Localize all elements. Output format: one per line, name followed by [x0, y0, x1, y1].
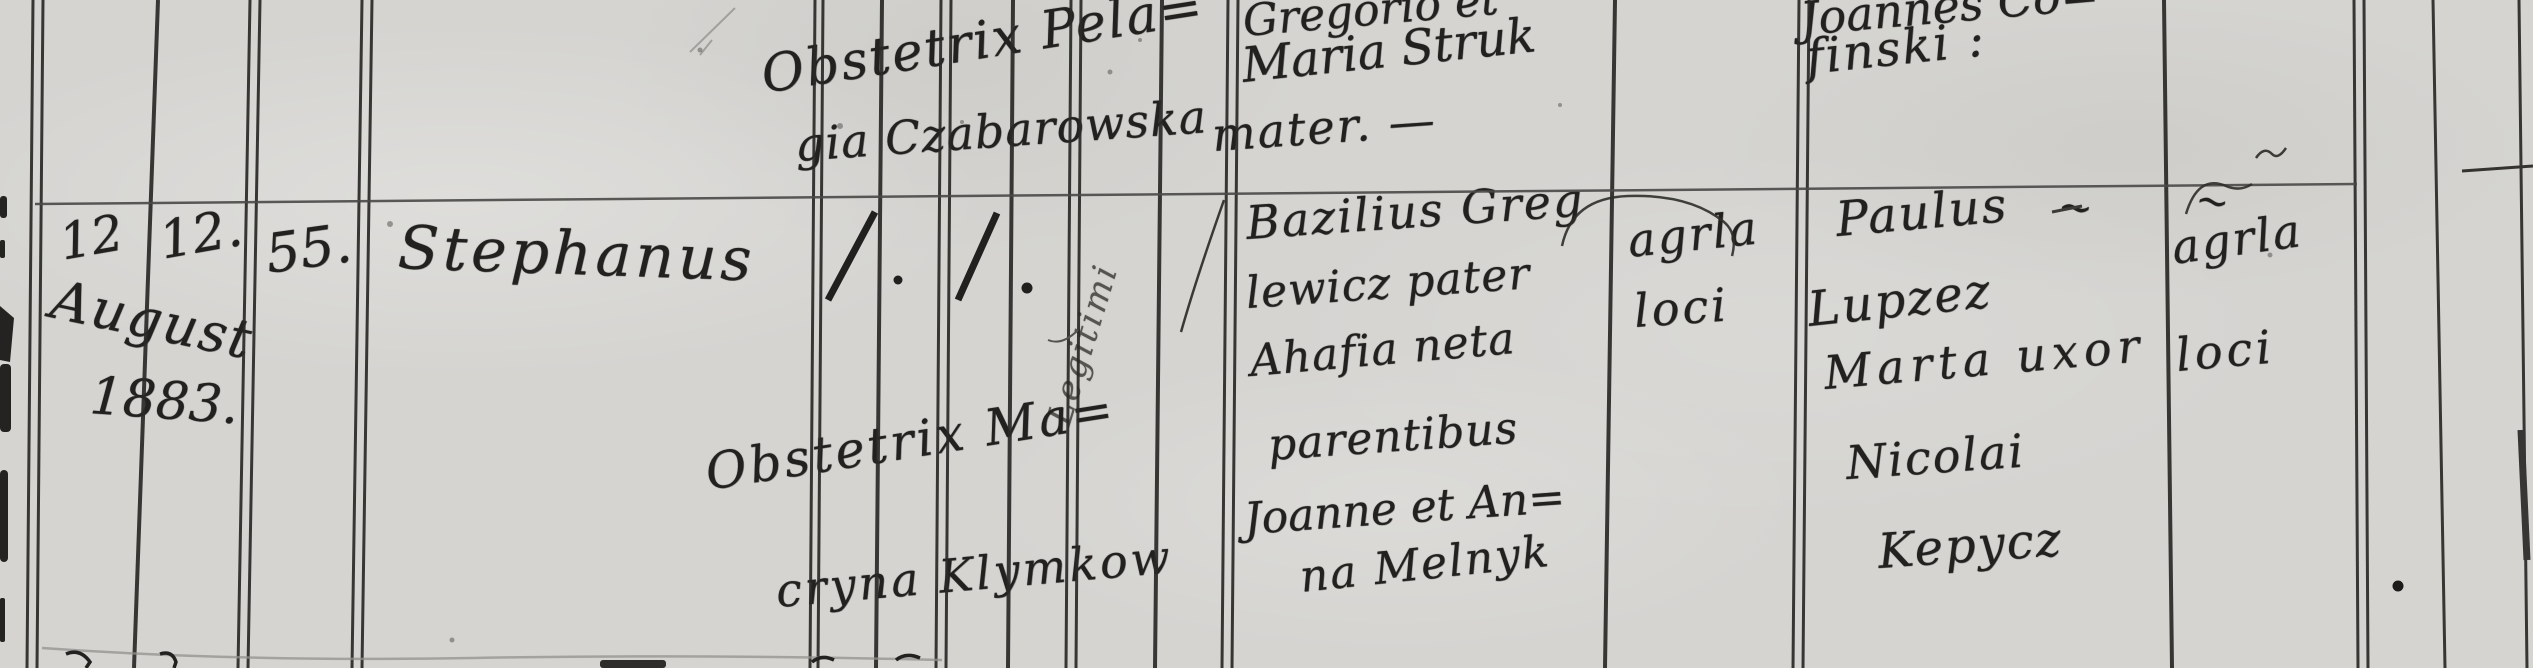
page-edge-marks	[0, 196, 14, 642]
tally-dot-2	[1022, 283, 1033, 294]
agrla-flourish-right	[2186, 183, 2252, 214]
column-rulings	[27, 0, 2527, 668]
col-line	[238, 0, 250, 668]
speck	[387, 221, 393, 227]
col-line	[1222, 0, 1228, 668]
speck	[2268, 253, 2273, 258]
pencil-guideline	[42, 648, 942, 660]
col-line	[1076, 0, 1081, 668]
speck	[1558, 103, 1562, 107]
col-line	[27, 0, 33, 668]
col-line	[1803, 0, 1809, 668]
dash-mark	[2052, 206, 2082, 212]
scratch	[700, 40, 712, 55]
ink-dot	[2393, 581, 2404, 592]
col-line	[1066, 0, 1071, 668]
agrla-flourish-left	[1562, 196, 1734, 256]
col-line	[936, 0, 941, 668]
edge-blob	[0, 470, 8, 562]
edge-blob	[0, 196, 7, 218]
bottom-edge-streak	[600, 660, 666, 668]
speck	[450, 638, 455, 643]
letter-top	[66, 652, 90, 668]
col-line	[37, 0, 43, 668]
paper-scratches	[690, 8, 735, 55]
tally-dot-1	[894, 276, 903, 285]
register-scan-page: Obstetrix Pela= gia Czabarowska Gregorio…	[0, 0, 2533, 668]
col-line	[2433, 0, 2445, 668]
speck	[1138, 38, 1142, 42]
col-line	[1008, 0, 1013, 668]
col-line	[248, 0, 260, 668]
col-line	[1605, 0, 1615, 668]
edge-blob	[0, 240, 5, 258]
col-line	[946, 0, 951, 668]
col-line	[810, 0, 815, 668]
col-line	[352, 0, 362, 668]
row-separator-rule	[35, 184, 2357, 204]
edge-blob	[0, 364, 11, 432]
col-line	[818, 0, 823, 668]
col-line	[134, 0, 158, 668]
speck	[698, 48, 703, 53]
col-line	[2519, 0, 2527, 668]
col-line	[2364, 0, 2368, 668]
col-line	[2164, 0, 2172, 668]
col-line	[876, 0, 882, 668]
col-line	[362, 0, 372, 668]
speck	[960, 120, 964, 124]
tally-marks	[828, 212, 997, 300]
edge-blob	[0, 598, 5, 642]
col-line	[1232, 0, 1238, 668]
col-line	[2354, 0, 2358, 668]
col-line	[1793, 0, 1799, 668]
col-line-thick-segment	[2521, 430, 2527, 560]
tally-slash-2	[958, 213, 997, 300]
squiggle-mark	[2256, 148, 2286, 158]
paper-specks	[387, 38, 2273, 643]
col-line	[1155, 0, 1162, 668]
next-row-letter-tops	[66, 652, 920, 668]
legitimi-tail-flourish	[1048, 330, 1078, 342]
speck	[837, 123, 843, 129]
scratch	[690, 8, 735, 52]
table-ruling	[0, 0, 2533, 668]
tally-slash-1	[828, 212, 875, 300]
letter-top	[812, 657, 834, 662]
speck	[1108, 70, 1113, 75]
pen-flourish-stroke	[1181, 200, 1224, 332]
edge-blob	[0, 306, 14, 362]
